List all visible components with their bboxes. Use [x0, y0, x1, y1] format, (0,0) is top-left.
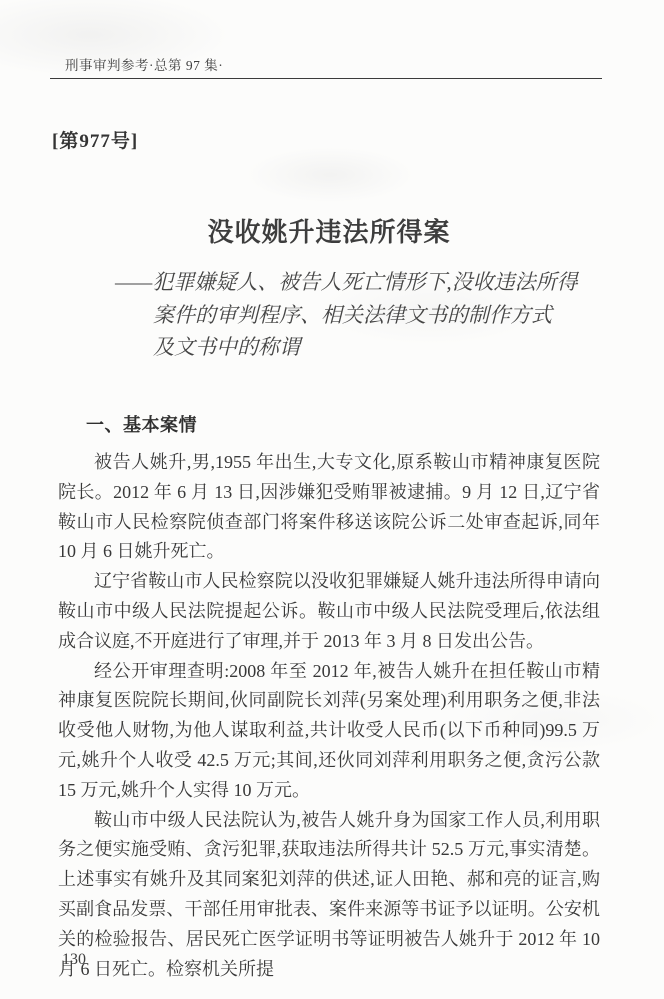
case-subtitle: ——犯罪嫌疑人、被告人死亡情形下,没收违法所得 案件的审判程序、相关法律文书的制…: [58, 266, 653, 364]
body-text-block: 被告人姚升,男,1955 年出生,大专文化,原系鞍山市精神康复医院院长。2012…: [58, 448, 600, 984]
paragraph-defendant-info: 被告人姚升,男,1955 年出生,大专文化,原系鞍山市精神康复医院院长。2012…: [58, 448, 600, 567]
section-heading-basic-facts: 一、基本案情: [86, 411, 197, 437]
paragraph-trial-findings: 经公开审理查明:2008 年至 2012 年,被告人姚升在担任鞍山市精神康复医院…: [58, 657, 600, 806]
case-subtitle-line-2: 案件的审判程序、相关法律文书的制作方式: [153, 299, 653, 332]
paragraph-procuratorate-application: 辽宁省鞍山市人民检察院以没收犯罪嫌疑人姚升违法所得申请向鞍山市中级人民法院提起公…: [58, 567, 600, 656]
page-number: 130: [62, 951, 86, 969]
paragraph-court-opinion: 鞍山市中级人民法院认为,被告人姚升身为国家工作人员,利用职务之便实施受贿、贪污犯…: [58, 806, 600, 985]
case-title: 没收姚升违法所得案: [58, 212, 600, 249]
header-divider: [50, 78, 602, 79]
case-subtitle-line-1: ——犯罪嫌疑人、被告人死亡情形下,没收违法所得: [153, 266, 653, 299]
case-number-label: [第977号]: [52, 126, 138, 153]
case-subtitle-line-3: 及文书中的称谓: [153, 331, 653, 364]
running-header: 刑事审判参考·总第 97 集·: [65, 54, 223, 74]
scanned-book-page: 刑事审判参考·总第 97 集· [第977号] 没收姚升违法所得案 ——犯罪嫌疑…: [0, 0, 664, 999]
